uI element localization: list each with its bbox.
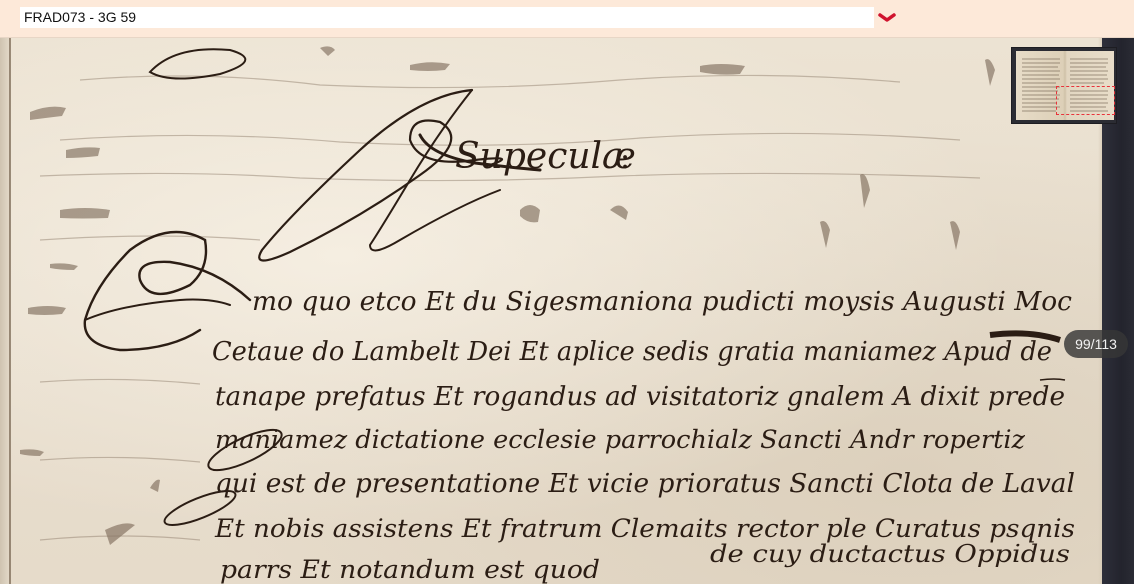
svg-text:Supeculæ: Supeculæ [455,136,636,177]
svg-text:Cetaue do Lambelt Dei Et aplic: Cetaue do Lambelt Dei Et aplice sedis gr… [212,337,1052,367]
navigator-thumbnail[interactable] [1011,47,1117,124]
thumbnail-viewport-indicator[interactable] [1056,86,1115,115]
svg-text:tanape prefatus Et rogandus ad: tanape prefatus Et rogandus ad visitator… [215,382,1065,412]
page-counter-badge: 99/113 [1064,330,1128,358]
svg-text:Et nobis assistens Et fratrum: Et nobis assistens Et fratrum Clemaits r… [214,514,1075,543]
manuscript-handwriting: Supeculæ : mo quo etco Et du Sigesmanion… [0,37,1134,584]
svg-text:parrs Et notandum est quod: parrs Et notandum est quod [220,555,600,584]
document-title-field[interactable] [20,7,874,28]
toggle-info-button[interactable] [877,9,897,27]
chevron-down-icon [877,9,897,27]
svg-text:de cuy ductactus Oppidus: de cuy ductactus Oppidus [710,540,1070,568]
svg-text:mo quo etco Et du Sigesmaniona: mo quo etco Et du Sigesmaniona pudicti m… [252,287,1072,317]
header-bar [0,0,1134,38]
svg-text:maniamez dictatione ecclesie p: maniamez dictatione ecclesie parrochialz… [215,425,1026,454]
svg-text:qui est de presentatione Et vi: qui est de presentatione Et vicie priora… [215,469,1075,499]
svg-text::: : [620,141,630,176]
manuscript-viewer[interactable]: Supeculæ : mo quo etco Et du Sigesmanion… [0,37,1134,584]
